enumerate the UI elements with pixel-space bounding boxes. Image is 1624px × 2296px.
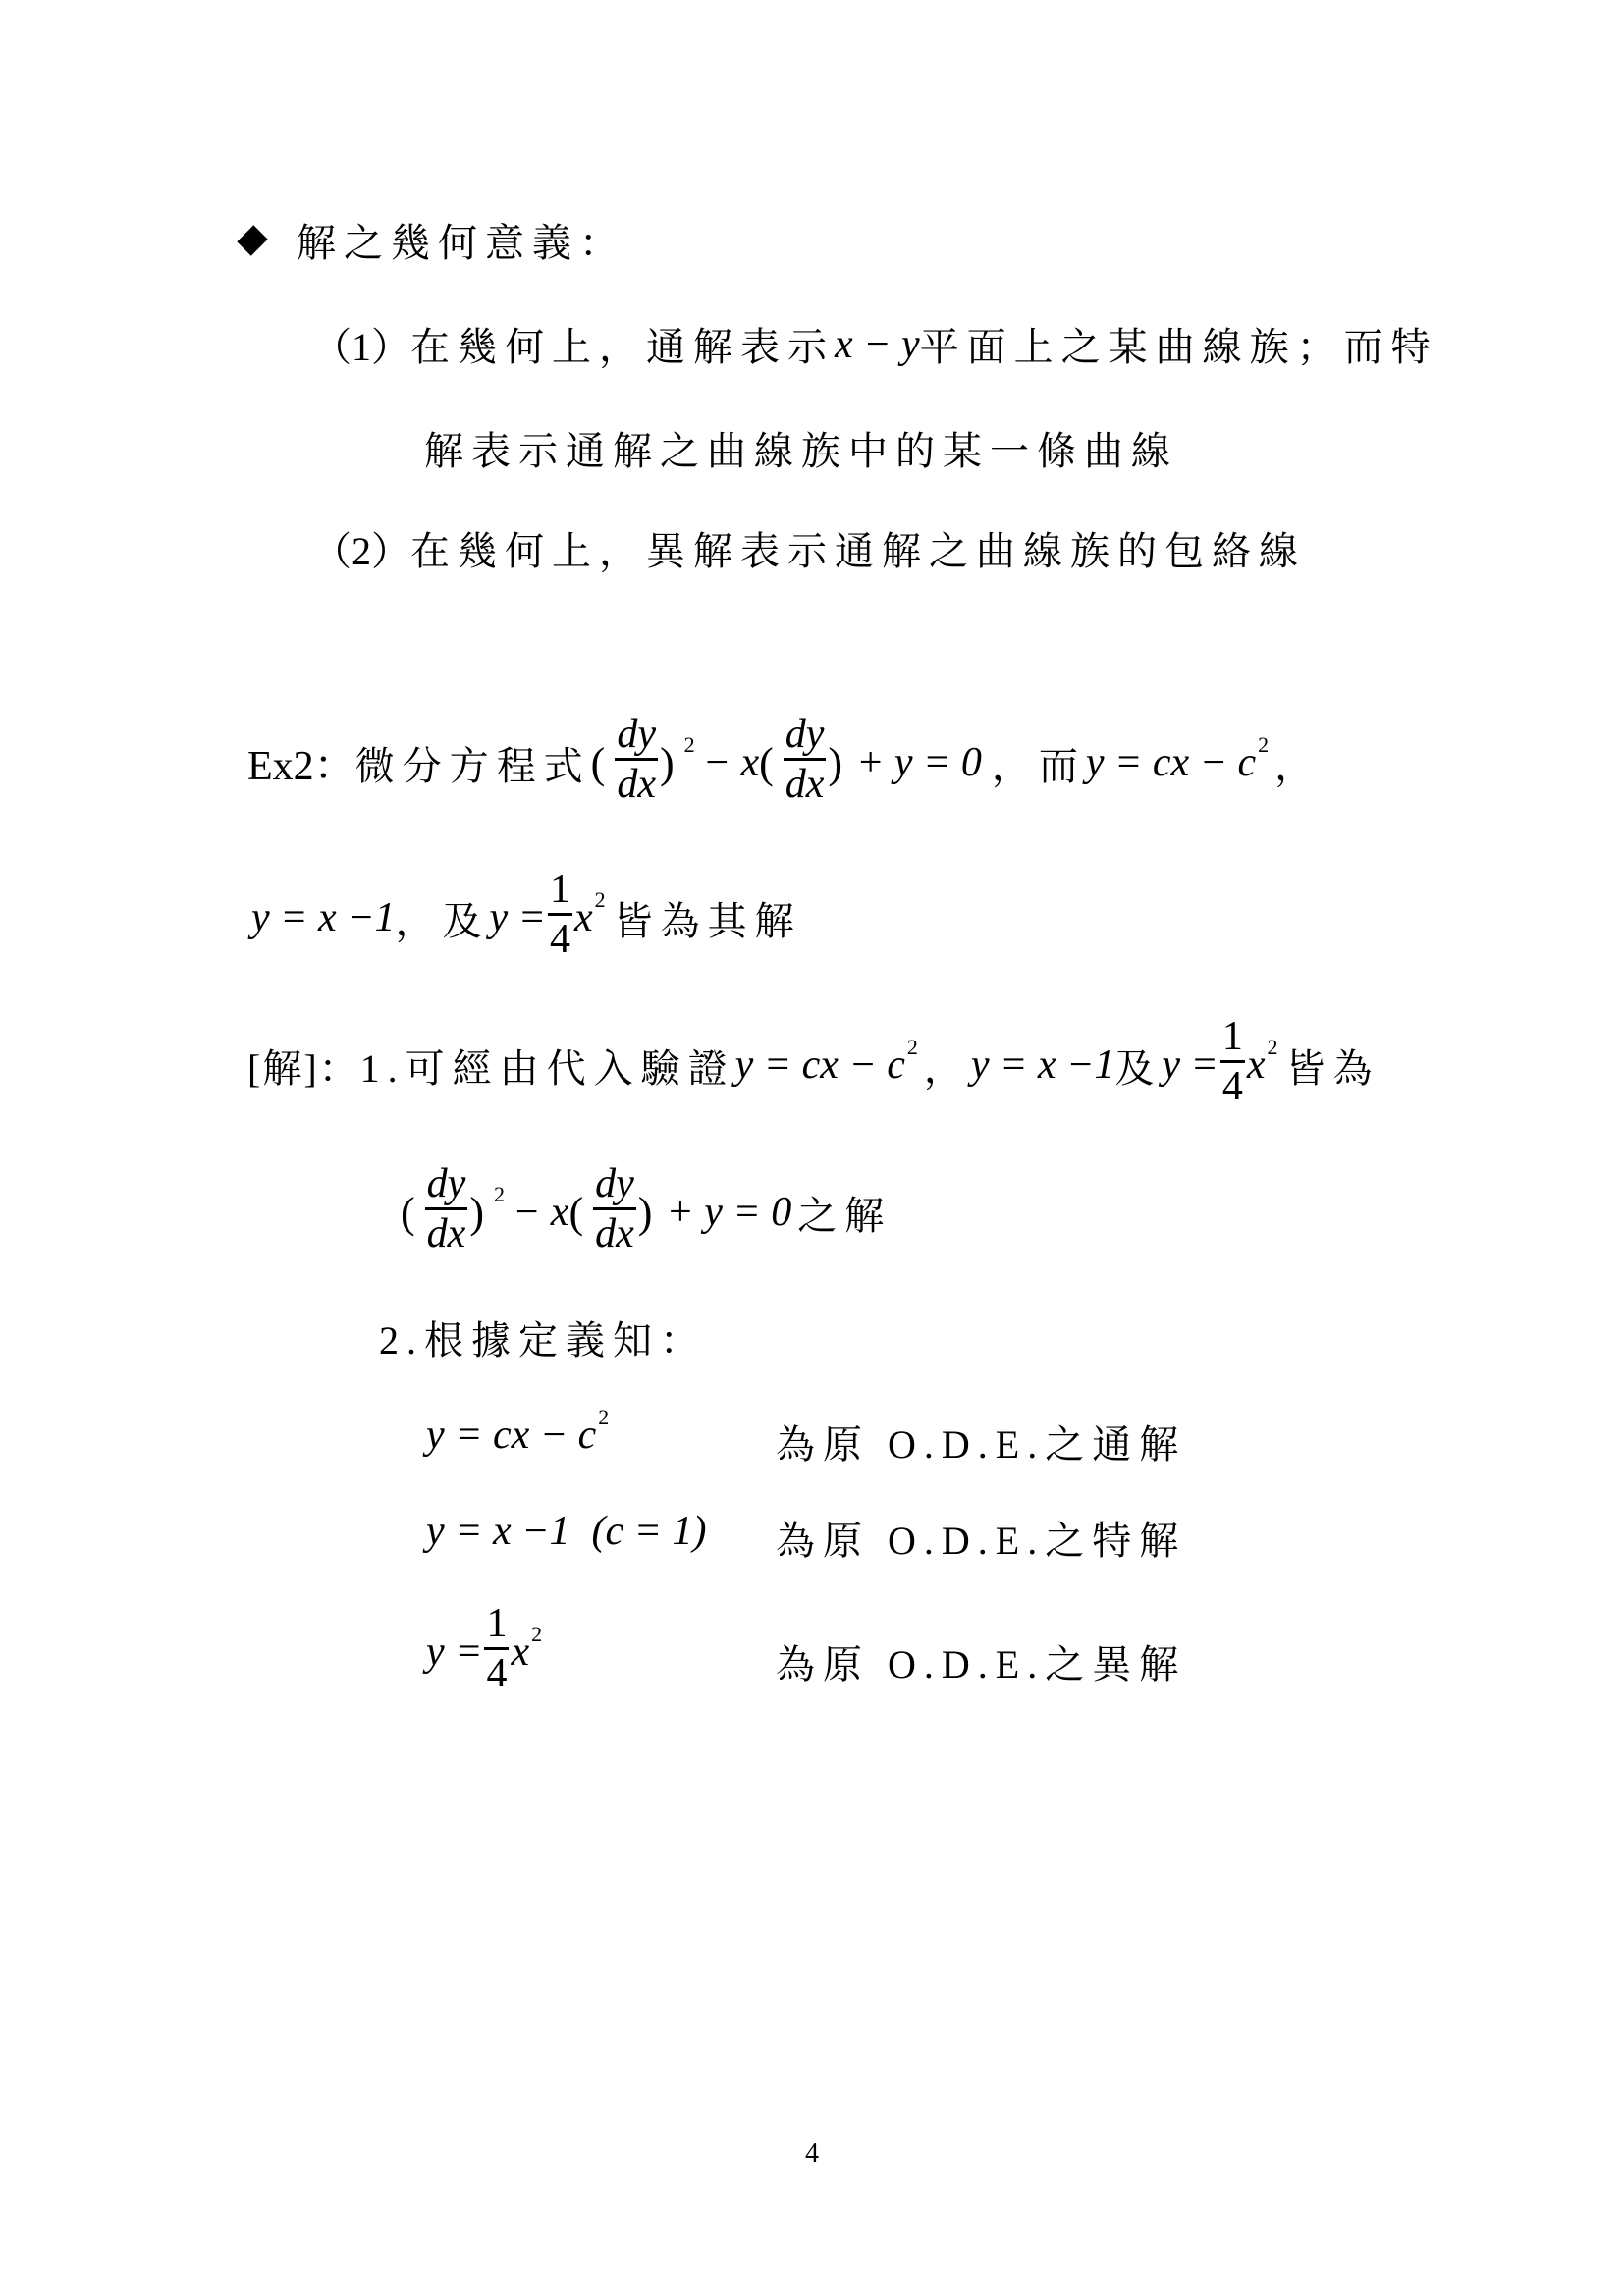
fraction-bar	[425, 1207, 468, 1210]
fraction-bar	[615, 758, 658, 761]
frac-numerator: dy	[784, 714, 827, 755]
frac-numerator: 1	[484, 1603, 509, 1644]
x-var: x	[511, 1629, 529, 1676]
diamond-bullet-icon	[236, 224, 269, 257]
page-number: 4	[805, 2138, 819, 2169]
exponent: 2	[595, 887, 606, 913]
exponent: 2	[907, 1035, 918, 1060]
point-1-line-1: （1） 在幾何上，通解表示 x − y 平面上之某曲線族；而特	[312, 316, 1438, 372]
open-paren: (	[591, 738, 614, 788]
frac-numerator: 1	[548, 869, 572, 910]
heading-text: 解之幾何意義：	[297, 212, 626, 268]
exponent: 2	[684, 732, 695, 758]
open-paren: (	[401, 1188, 423, 1238]
exponent: 2	[1258, 732, 1269, 758]
general-solution-expr: y = cx − c	[735, 1041, 905, 1089]
trailing-comma: ，	[1274, 735, 1322, 791]
point-1-text-a: 在幾何上，通解表示	[410, 316, 835, 372]
frac-denominator: 4	[1220, 1066, 1245, 1107]
exponent: 2	[1268, 1035, 1278, 1060]
exponent: 2	[531, 1622, 542, 1647]
comma: ，	[924, 1038, 971, 1094]
example-line-2: y = x −1 ，及 y = 1 4 x 2 皆為其解	[251, 864, 802, 972]
open-paren: (	[568, 1188, 591, 1238]
close-paren: )	[469, 1188, 492, 1238]
table-row-desc: 為原 O.D.E.之特解	[776, 1510, 1186, 1566]
fraction-bar	[784, 758, 827, 761]
table-row-desc: 為原 O.D.E.之通解	[776, 1414, 1186, 1469]
frac-numerator: dy	[615, 714, 658, 755]
close-paren: )	[660, 738, 682, 788]
singular-lhs: y =	[1162, 1041, 1218, 1089]
particular-solution-expr: y = x −1	[971, 1041, 1114, 1089]
frac-numerator: 1	[1220, 1016, 1245, 1057]
c-value: (c = 1)	[591, 1508, 706, 1555]
table-row: y = cx − c 2	[426, 1406, 609, 1465]
point-1-math: x − y	[835, 321, 920, 368]
solution-step-1-line-1: [解]： 1.可經由代入驗證 y = cx − c 2 ， y = x −1 及…	[247, 1011, 1380, 1119]
x-var: x	[1247, 1041, 1266, 1089]
fraction-bar	[548, 913, 572, 916]
x-var: x	[574, 894, 593, 941]
frac-denominator: dx	[593, 1213, 636, 1255]
minus-x: − x	[703, 739, 759, 786]
close-paren: )	[638, 1188, 661, 1238]
derivative-fraction: dy dx	[425, 1163, 468, 1255]
derivative-fraction: dy dx	[784, 714, 827, 805]
open-paren: (	[759, 738, 782, 788]
table-row: y = 1 4 x 2	[426, 1598, 542, 1706]
singular-lhs: y =	[489, 894, 545, 941]
frac-denominator: 4	[484, 1653, 509, 1694]
quarter-fraction: 1 4	[548, 869, 572, 960]
derivative-fraction: dy dx	[615, 714, 658, 805]
example-line-1: Ex2： 微分方程式 ( dy dx ) 2 − x ( dy dx ) + y…	[247, 709, 1322, 817]
derivative-fraction: dy dx	[593, 1163, 636, 1255]
step-1-prefix: 1.可經由代入驗證	[360, 1038, 735, 1094]
quarter-fraction: 1 4	[1220, 1016, 1245, 1107]
fraction-bar	[593, 1207, 636, 1210]
frac-denominator: dx	[784, 764, 827, 805]
close-paren: )	[828, 738, 850, 788]
point-1-line-2: 解表示通解之曲線族中的某一條曲線	[424, 420, 1178, 476]
particular-solution-expr: y = x −1	[251, 894, 395, 941]
expr-lhs: y =	[426, 1629, 482, 1676]
frac-numerator: dy	[593, 1163, 636, 1204]
all-are-text: 皆為	[1286, 1038, 1380, 1094]
table-row-desc: 為原 O.D.E.之異解	[776, 1633, 1186, 1689]
expr: y = cx − c	[426, 1412, 596, 1459]
solution-label: [解]：	[247, 1038, 360, 1094]
table-row: y = x −1 (c = 1)	[426, 1502, 706, 1561]
section-heading: 解之幾何意義：	[236, 212, 626, 268]
example-intro: 微分方程式	[355, 735, 591, 791]
exponent: 2	[598, 1405, 609, 1430]
frac-denominator: dx	[615, 764, 658, 805]
frac-numerator: dy	[425, 1163, 468, 1204]
frac-denominator: dx	[425, 1213, 468, 1255]
plus-y-eq-zero: + y = 0	[856, 739, 982, 786]
plus-y-eq-zero: + y = 0	[666, 1189, 791, 1236]
exponent: 2	[494, 1182, 505, 1207]
minus-x: − x	[513, 1189, 568, 1236]
of-solution-text: 之解	[797, 1185, 892, 1241]
general-solution-expr: y = cx − c	[1086, 739, 1256, 786]
point-1-marker: （1）	[312, 316, 410, 372]
fraction-bar	[484, 1647, 509, 1650]
frac-denominator: 4	[548, 919, 572, 960]
and-text: ，及	[395, 890, 489, 946]
solution-step-1-line-2: ( dy dx ) 2 − x ( dy dx ) + y = 0 之解	[401, 1158, 892, 1266]
point-2-line-1: （2） 在幾何上，異解表示通解之曲線族的包絡線	[312, 520, 1306, 576]
comma-er: ，而	[992, 735, 1086, 791]
point-2-text: 在幾何上，異解表示通解之曲線族的包絡線	[410, 520, 1306, 576]
and-text: 及	[1114, 1038, 1162, 1094]
point-1-text-b: 平面上之某曲線族；而特	[920, 316, 1438, 372]
point-2-marker: （2）	[312, 520, 410, 576]
quarter-fraction: 1 4	[484, 1603, 509, 1694]
step-2-title: 2.根據定義知：	[379, 1309, 707, 1365]
fraction-bar	[1220, 1060, 1245, 1063]
expr: y = x −1	[426, 1508, 569, 1555]
example-label: Ex2：	[247, 733, 355, 792]
all-are-solutions-text: 皆為其解	[614, 890, 802, 946]
